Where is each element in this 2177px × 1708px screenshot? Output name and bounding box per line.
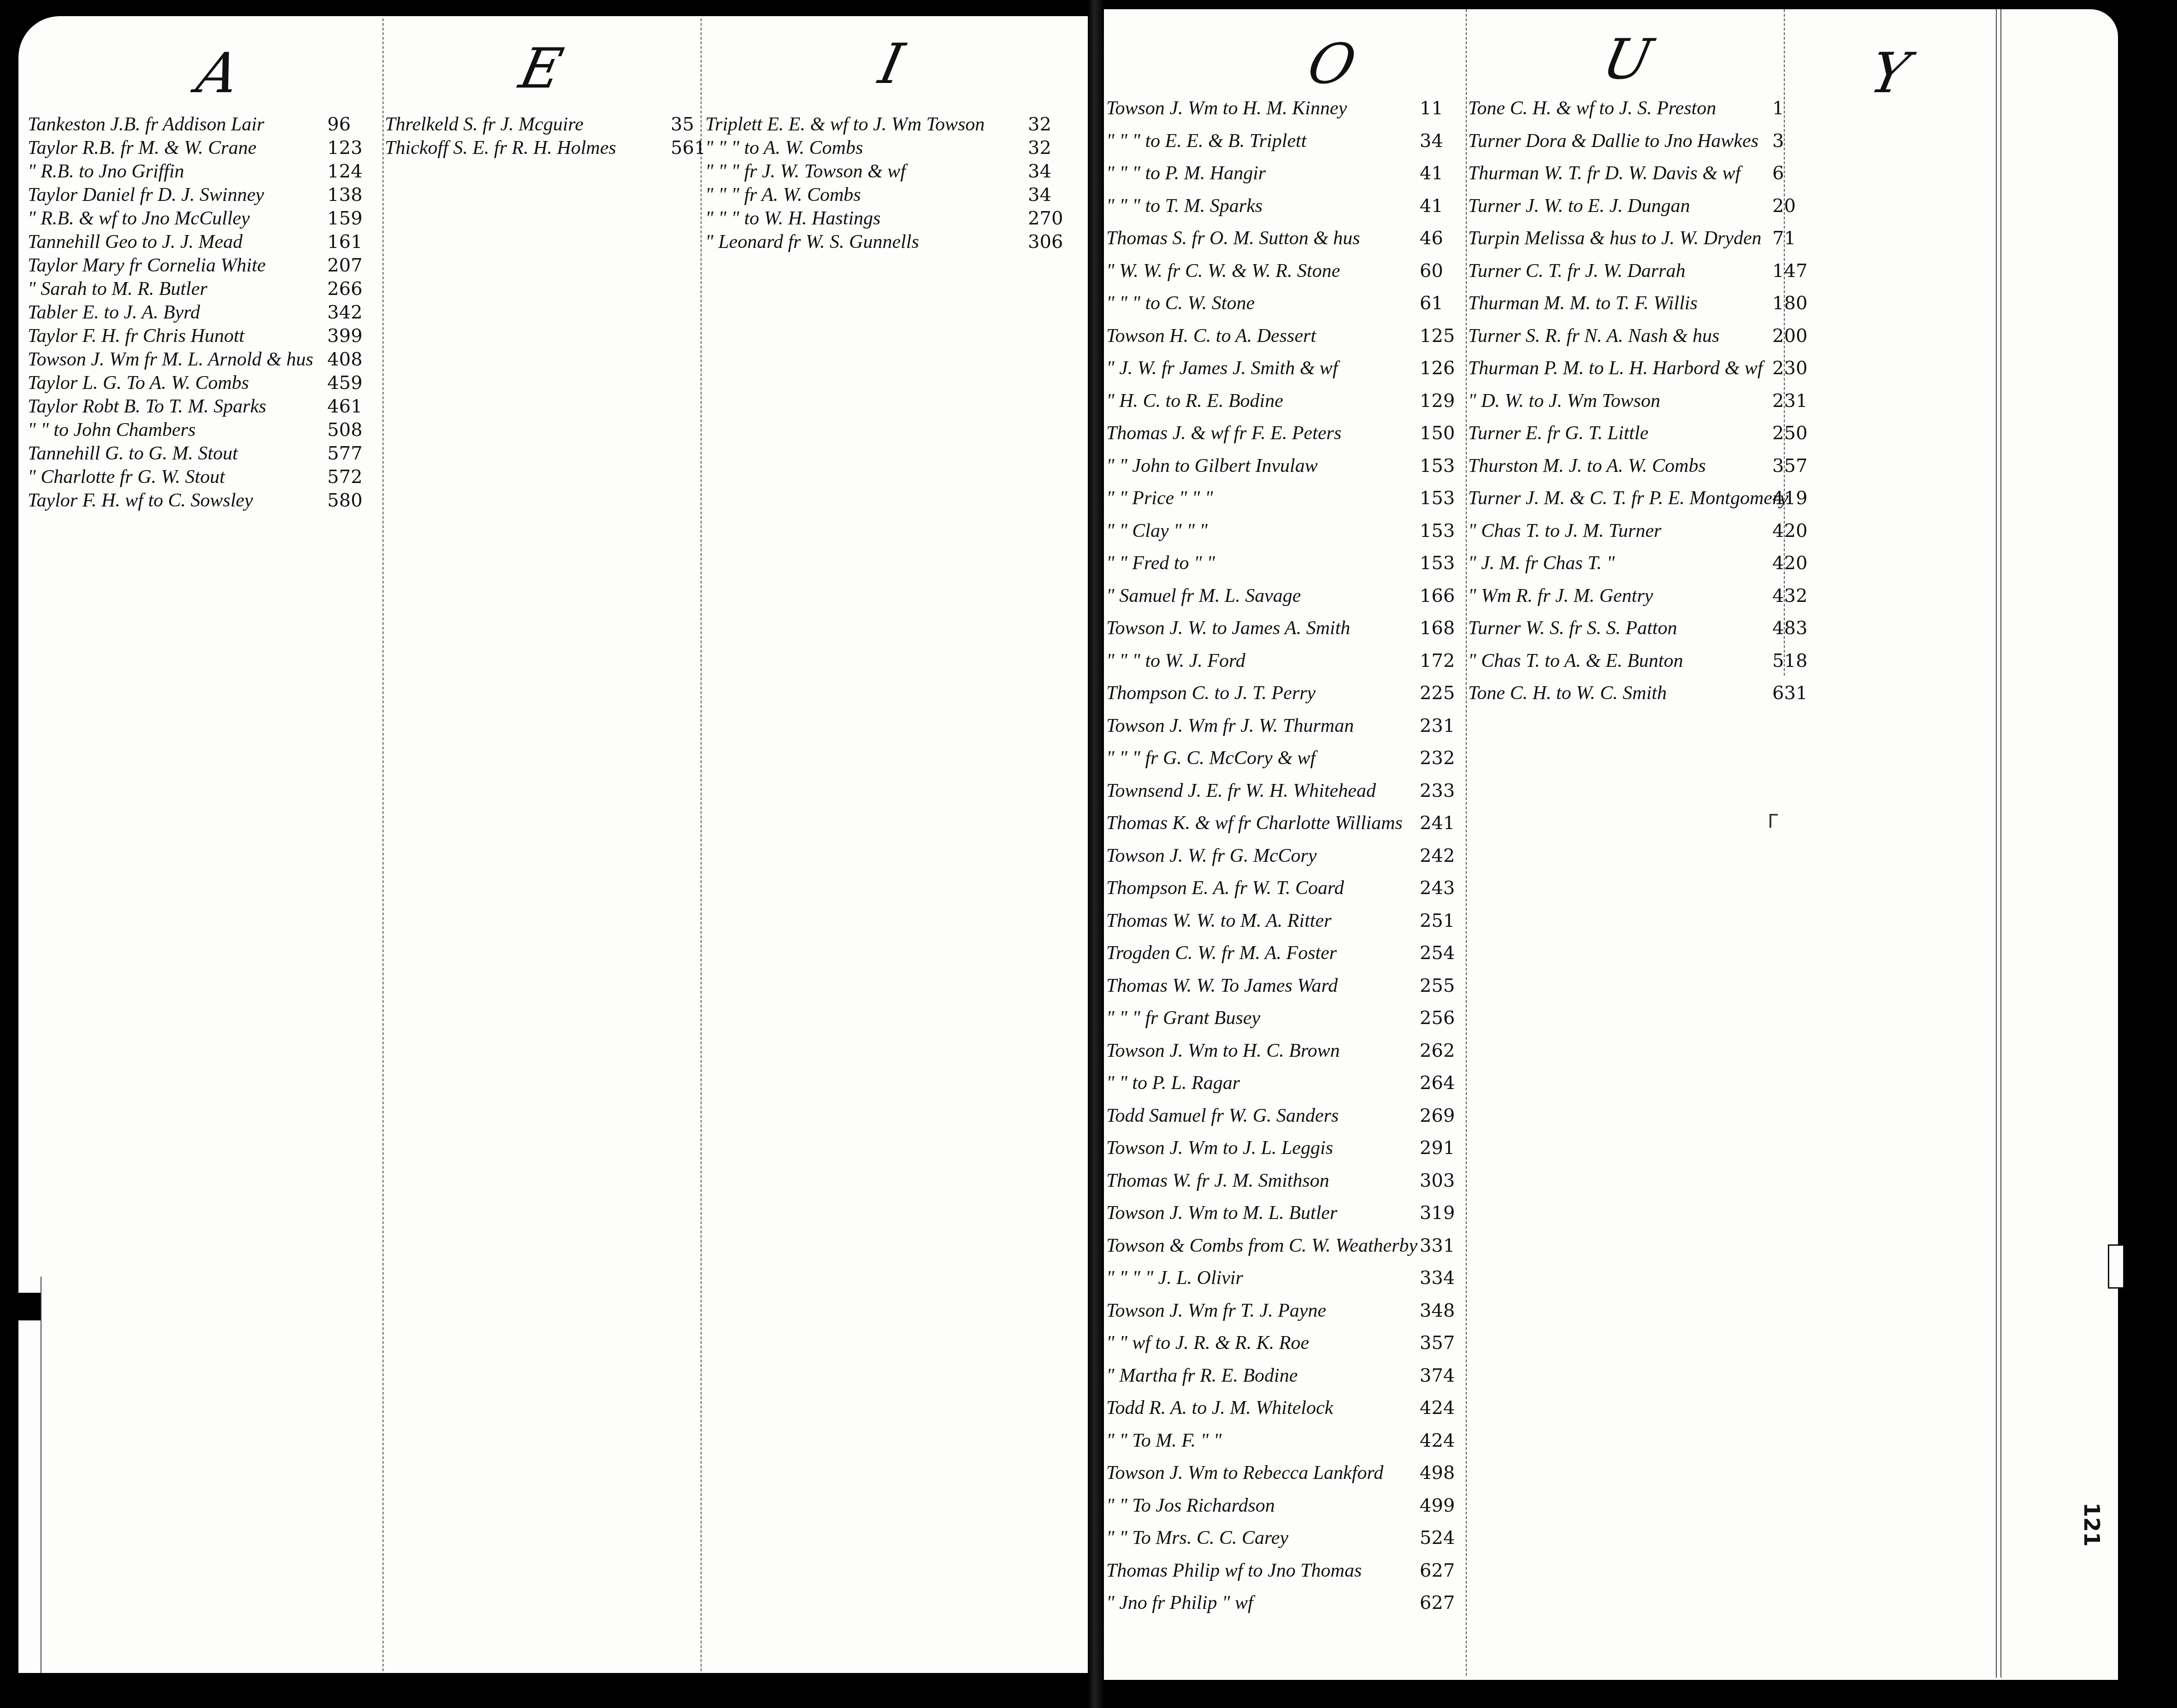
entry-name: Turner W. S. fr S. S. Patton bbox=[1468, 617, 1677, 640]
entry-page-number: 71 bbox=[1772, 227, 1796, 250]
index-entry: Thickoff S. E. fr R. H. Holmes561 bbox=[385, 136, 616, 159]
entry-page-number: 627 bbox=[1420, 1591, 1455, 1614]
entry-page-number: 572 bbox=[327, 465, 362, 489]
index-entry: Towson J. Wm to H. C. Brown262 bbox=[1106, 1039, 1340, 1062]
index-entry: " " Fred to " "153 bbox=[1106, 552, 1215, 575]
entry-page-number: 243 bbox=[1420, 877, 1455, 900]
page-edge-number: 121 bbox=[2079, 1502, 2104, 1547]
entry-page-number: 3 bbox=[1772, 130, 1784, 153]
entry-page-number: 291 bbox=[1420, 1137, 1455, 1160]
entry-page-number: 408 bbox=[327, 348, 362, 371]
entry-page-number: 342 bbox=[327, 301, 362, 324]
entry-page-number: 32 bbox=[1028, 136, 1051, 159]
entry-page-number: 270 bbox=[1028, 207, 1063, 230]
index-entry: " " to John Chambers508 bbox=[28, 418, 195, 442]
index-entry: Turpin Melissa & hus to J. W. Dryden71 bbox=[1468, 227, 1762, 250]
index-entry: Thomas W. fr J. M. Smithson303 bbox=[1106, 1169, 1329, 1192]
entry-name: Towson J. Wm to H. M. Kinney bbox=[1106, 97, 1347, 120]
entry-page-number: 231 bbox=[1420, 714, 1455, 737]
entry-page-number: 483 bbox=[1772, 617, 1807, 640]
entry-name: " Jno fr Philip " wf bbox=[1106, 1591, 1253, 1614]
entry-name: Towson J. W. to James A. Smith bbox=[1106, 617, 1350, 640]
entry-name: Tannehill Geo to J. J. Mead bbox=[28, 230, 242, 253]
entry-name: Trogden C. W. fr M. A. Foster bbox=[1106, 942, 1337, 965]
entry-name: Tone C. H. to W. C. Smith bbox=[1468, 682, 1667, 705]
entry-page-number: 34 bbox=[1420, 130, 1443, 153]
entry-name: " " " fr Grant Busey bbox=[1106, 1007, 1260, 1030]
index-entry: " " " " J. L. Olivir334 bbox=[1106, 1266, 1243, 1290]
entry-page-number: 331 bbox=[1420, 1234, 1455, 1257]
entry-page-number: 6 bbox=[1772, 162, 1784, 185]
entry-page-number: 432 bbox=[1772, 584, 1807, 607]
entry-name: Turner J. M. & C. T. fr P. E. Montgomery bbox=[1468, 487, 1788, 510]
entry-page-number: 374 bbox=[1420, 1364, 1455, 1387]
index-entry: " " " to P. M. Hangir41 bbox=[1106, 162, 1266, 185]
index-entry: Thomas S. fr O. M. Sutton & hus46 bbox=[1106, 227, 1360, 250]
entry-page-number: 11 bbox=[1420, 97, 1443, 120]
entry-page-number: 150 bbox=[1420, 422, 1455, 445]
entry-name: Todd R. A. to J. M. Whitelock bbox=[1106, 1396, 1333, 1419]
entry-page-number: 242 bbox=[1420, 844, 1455, 867]
entry-page-number: 41 bbox=[1420, 194, 1443, 218]
index-entry: Tone C. H. & wf to J. S. Preston1 bbox=[1468, 97, 1716, 120]
index-entry: Towson J. Wm to H. M. Kinney11 bbox=[1106, 97, 1347, 120]
index-entry: Turner W. S. fr S. S. Patton483 bbox=[1468, 617, 1677, 640]
entry-page-number: 153 bbox=[1420, 519, 1455, 542]
entry-page-number: 125 bbox=[1420, 324, 1455, 347]
index-entry: " " Price " " "153 bbox=[1106, 487, 1213, 510]
index-entry: Turner C. T. fr J. W. Darrah147 bbox=[1468, 259, 1685, 283]
entry-page-number: 524 bbox=[1420, 1526, 1455, 1549]
entry-page-number: 420 bbox=[1772, 552, 1807, 575]
entry-name: Thurman M. M. to T. F. Willis bbox=[1468, 292, 1698, 315]
index-entry: " " To M. F. " "424 bbox=[1106, 1429, 1221, 1452]
index-entry: " Jno fr Philip " wf627 bbox=[1106, 1591, 1253, 1614]
index-entry: " " " to A. W. Combs32 bbox=[705, 136, 863, 159]
index-entry: " Leonard fr W. S. Gunnells306 bbox=[705, 230, 919, 253]
entry-name: " J. W. fr James J. Smith & wf bbox=[1106, 357, 1338, 380]
entry-name: Towson J. Wm fr M. L. Arnold & hus bbox=[28, 348, 313, 371]
entry-page-number: 357 bbox=[1420, 1331, 1455, 1355]
entry-name: " Charlotte fr G. W. Stout bbox=[28, 465, 225, 489]
index-entry: Turner S. R. fr N. A. Nash & hus200 bbox=[1468, 324, 1719, 347]
index-entry: Towson J. W. fr G. McCory242 bbox=[1106, 844, 1317, 867]
entry-page-number: 420 bbox=[1772, 519, 1807, 542]
entry-name: Thompson E. A. fr W. T. Coard bbox=[1106, 877, 1344, 900]
entry-name: Taylor Robt B. To T. M. Sparks bbox=[28, 395, 266, 418]
index-entry: " " " fr Grant Busey256 bbox=[1106, 1007, 1260, 1030]
entry-name: Thomas J. & wf fr F. E. Peters bbox=[1106, 422, 1341, 445]
entry-name: Thickoff S. E. fr R. H. Holmes bbox=[385, 136, 616, 159]
index-entry: Towson J. Wm fr J. W. Thurman231 bbox=[1106, 714, 1354, 737]
entry-page-number: 124 bbox=[327, 160, 362, 183]
index-entry: " Chas T. to J. M. Turner420 bbox=[1468, 519, 1661, 542]
index-entry: " J. W. fr James J. Smith & wf126 bbox=[1106, 357, 1338, 380]
entry-page-number: 61 bbox=[1420, 292, 1443, 315]
index-entry: " " " fr A. W. Combs34 bbox=[705, 183, 861, 206]
index-entry: " " To Jos Richardson499 bbox=[1106, 1494, 1275, 1517]
entry-name: Thomas W. W. to M. A. Ritter bbox=[1106, 909, 1332, 932]
index-entry: Tabler E. to J. A. Byrd342 bbox=[28, 301, 200, 324]
index-entry: Trogden C. W. fr M. A. Foster254 bbox=[1106, 942, 1337, 965]
index-entry: " " to P. L. Ragar264 bbox=[1106, 1072, 1240, 1095]
index-entry: Taylor L. G. To A. W. Combs459 bbox=[28, 371, 249, 395]
entry-page-number: 153 bbox=[1420, 552, 1455, 575]
index-entry: Thomas Philip wf to Jno Thomas627 bbox=[1106, 1559, 1362, 1582]
index-entry: Thompson E. A. fr W. T. Coard243 bbox=[1106, 877, 1344, 900]
entry-page-number: 34 bbox=[1028, 160, 1051, 183]
entry-page-number: 334 bbox=[1420, 1266, 1455, 1290]
entry-name: " Chas T. to A. & E. Bunton bbox=[1468, 649, 1683, 672]
entry-name: " " " fr G. C. McCory & wf bbox=[1106, 747, 1316, 770]
index-entry: Taylor R.B. fr M. & W. Crane123 bbox=[28, 136, 256, 159]
index-entry: Thurman M. M. to T. F. Willis180 bbox=[1468, 292, 1698, 315]
entry-name: Tabler E. to J. A. Byrd bbox=[28, 301, 200, 324]
index-entry: Thurston M. J. to A. W. Combs357 bbox=[1468, 454, 1706, 477]
entry-page-number: 580 bbox=[327, 489, 362, 512]
entry-page-number: 399 bbox=[327, 324, 362, 347]
entry-name: " R.B. & wf to Jno McCulley bbox=[28, 207, 250, 230]
entry-name: " Samuel fr M. L. Savage bbox=[1106, 584, 1301, 607]
entry-name: Thurston M. J. to A. W. Combs bbox=[1468, 454, 1706, 477]
entry-name: Towson J. Wm fr T. J. Payne bbox=[1106, 1299, 1326, 1322]
entry-page-number: 461 bbox=[327, 395, 362, 418]
entry-name: Taylor Mary fr Cornelia White bbox=[28, 254, 265, 277]
entry-page-number: 60 bbox=[1420, 259, 1443, 283]
entry-page-number: 168 bbox=[1420, 617, 1455, 640]
entry-name: Tone C. H. & wf to J. S. Preston bbox=[1468, 97, 1716, 120]
entry-name: " Martha fr R. E. Bodine bbox=[1106, 1364, 1298, 1387]
entry-page-number: 147 bbox=[1772, 259, 1807, 283]
entry-name: Taylor Daniel fr D. J. Swinney bbox=[28, 183, 264, 206]
entry-name: " " " to C. W. Stone bbox=[1106, 292, 1255, 315]
index-entry: Tone C. H. to W. C. Smith631 bbox=[1468, 682, 1667, 705]
entry-page-number: 348 bbox=[1420, 1299, 1455, 1322]
entry-page-number: 264 bbox=[1420, 1072, 1455, 1095]
entry-page-number: 251 bbox=[1420, 909, 1455, 932]
entry-page-number: 266 bbox=[327, 277, 362, 300]
entry-name: " " " to T. M. Sparks bbox=[1106, 194, 1263, 218]
entry-page-number: 180 bbox=[1772, 292, 1807, 315]
entry-name: Tankeston J.B. fr Addison Lair bbox=[28, 113, 264, 136]
index-entry: Taylor Daniel fr D. J. Swinney138 bbox=[28, 183, 264, 206]
index-entry: " " To Mrs. C. C. Carey524 bbox=[1106, 1526, 1288, 1549]
entry-name: Thomas W. W. To James Ward bbox=[1106, 974, 1338, 997]
index-entry: " Wm R. fr J. M. Gentry432 bbox=[1468, 584, 1653, 607]
entry-name: Turner E. fr G. T. Little bbox=[1468, 422, 1648, 445]
entry-page-number: 172 bbox=[1420, 649, 1455, 672]
entry-name: Todd Samuel fr W. G. Sanders bbox=[1106, 1104, 1339, 1127]
index-entry: " " " fr J. W. Towson & wf34 bbox=[705, 160, 906, 183]
entry-name: Turpin Melissa & hus to J. W. Dryden bbox=[1468, 227, 1762, 250]
entry-page-number: 319 bbox=[1420, 1201, 1455, 1225]
entry-page-number: 254 bbox=[1420, 942, 1455, 965]
index-entry: Tannehill Geo to J. J. Mead161 bbox=[28, 230, 242, 253]
index-entry: Thomas K. & wf fr Charlotte Williams241 bbox=[1106, 812, 1403, 835]
index-entry: " R.B. & wf to Jno McCulley159 bbox=[28, 207, 250, 230]
entry-page-number: 41 bbox=[1420, 162, 1443, 185]
index-entry: Turner J. W. to E. J. Dungan20 bbox=[1468, 194, 1690, 218]
entry-name: Towson J. Wm to H. C. Brown bbox=[1106, 1039, 1340, 1062]
entry-name: " " Fred to " " bbox=[1106, 552, 1215, 575]
index-entry: Towson J. Wm to Rebecca Lankford498 bbox=[1106, 1461, 1383, 1484]
index-entry: Towson J. Wm to M. L. Butler319 bbox=[1106, 1201, 1337, 1225]
entry-name: Tannehill G. to G. M. Stout bbox=[28, 442, 238, 465]
index-entry: " " " fr G. C. McCory & wf232 bbox=[1106, 747, 1316, 770]
entry-page-number: 166 bbox=[1420, 584, 1455, 607]
index-entry: Towson J. Wm fr M. L. Arnold & hus408 bbox=[28, 348, 313, 371]
index-entry: Tannehill G. to G. M. Stout577 bbox=[28, 442, 238, 465]
entry-page-number: 424 bbox=[1420, 1396, 1455, 1419]
entry-name: " " " " J. L. Olivir bbox=[1106, 1266, 1243, 1290]
entry-page-number: 577 bbox=[327, 442, 362, 465]
entry-name: Turner J. W. to E. J. Dungan bbox=[1468, 194, 1690, 218]
entry-page-number: 241 bbox=[1420, 812, 1455, 835]
entry-page-number: 35 bbox=[671, 113, 694, 136]
index-entry: Taylor Mary fr Cornelia White207 bbox=[28, 254, 265, 277]
entry-name: Turner S. R. fr N. A. Nash & hus bbox=[1468, 324, 1719, 347]
entry-name: Thomas S. fr O. M. Sutton & hus bbox=[1106, 227, 1360, 250]
entry-page-number: 508 bbox=[327, 418, 362, 442]
index-entry: Townsend J. E. fr W. H. Whitehead233 bbox=[1106, 779, 1376, 802]
stray-pen-mark: Γ bbox=[1768, 811, 1778, 832]
entry-page-number: 207 bbox=[327, 254, 362, 277]
index-entry: " " Clay " " "153 bbox=[1106, 519, 1208, 542]
index-entry: Thomas W. W. To James Ward255 bbox=[1106, 974, 1338, 997]
entry-name: Taylor L. G. To A. W. Combs bbox=[28, 371, 249, 395]
index-entry: Turner Dora & Dallie to Jno Hawkes3 bbox=[1468, 130, 1758, 153]
index-entry: " Sarah to M. R. Butler266 bbox=[28, 277, 207, 300]
entry-name: " " " to A. W. Combs bbox=[705, 136, 863, 159]
page-edge-notch bbox=[0, 1293, 41, 1320]
entry-page-number: 256 bbox=[1420, 1007, 1455, 1030]
column-divider bbox=[1996, 9, 1997, 1678]
entry-page-number: 306 bbox=[1028, 230, 1063, 253]
entry-name: Towson H. C. to A. Dessert bbox=[1106, 324, 1316, 347]
entry-name: Thomas K. & wf fr Charlotte Williams bbox=[1106, 812, 1403, 835]
index-entry: Todd Samuel fr W. G. Sanders269 bbox=[1106, 1104, 1339, 1127]
entry-page-number: 161 bbox=[327, 230, 362, 253]
entry-page-number: 232 bbox=[1420, 747, 1455, 770]
entry-page-number: 631 bbox=[1772, 682, 1807, 705]
entry-page-number: 159 bbox=[327, 207, 362, 230]
index-entry: Thurman P. M. to L. H. Harbord & wf230 bbox=[1468, 357, 1763, 380]
entry-name: " Wm R. fr J. M. Gentry bbox=[1468, 584, 1653, 607]
entry-name: " " To M. F. " " bbox=[1106, 1429, 1221, 1452]
entry-name: Turner Dora & Dallie to Jno Hawkes bbox=[1468, 130, 1758, 153]
index-entry: " " " to W. J. Ford172 bbox=[1106, 649, 1245, 672]
entry-name: " " Clay " " " bbox=[1106, 519, 1208, 542]
entry-name: " " " to P. M. Hangir bbox=[1106, 162, 1266, 185]
index-entry: Threlkeld S. fr J. Mcguire35 bbox=[385, 113, 584, 136]
entry-page-number: 518 bbox=[1772, 649, 1807, 672]
entry-name: Towson J. Wm to J. L. Leggis bbox=[1106, 1137, 1333, 1160]
index-entry: Towson J. Wm fr T. J. Payne348 bbox=[1106, 1299, 1326, 1322]
margin-rule bbox=[41, 1277, 41, 1673]
entry-name: Thomas W. fr J. M. Smithson bbox=[1106, 1169, 1329, 1192]
entry-name: " R.B. to Jno Griffin bbox=[28, 160, 184, 183]
index-entry: Towson & Combs from C. W. Weatherby331 bbox=[1106, 1234, 1417, 1257]
entry-page-number: 126 bbox=[1420, 357, 1455, 380]
entry-page-number: 225 bbox=[1420, 682, 1455, 705]
index-entry: Turner E. fr G. T. Little250 bbox=[1468, 422, 1648, 445]
entry-name: " " Price " " " bbox=[1106, 487, 1213, 510]
index-entry: " Charlotte fr G. W. Stout572 bbox=[28, 465, 225, 489]
entry-page-number: 262 bbox=[1420, 1039, 1455, 1062]
entry-page-number: 419 bbox=[1772, 487, 1807, 510]
column-divider bbox=[383, 18, 383, 1673]
entry-page-number: 250 bbox=[1772, 422, 1807, 445]
entry-page-number: 231 bbox=[1772, 389, 1807, 412]
entry-page-number: 20 bbox=[1772, 194, 1796, 218]
entry-name: Towson J. Wm to M. L. Butler bbox=[1106, 1201, 1337, 1225]
index-entry: Thomas J. & wf fr F. E. Peters150 bbox=[1106, 422, 1341, 445]
entry-name: " Leonard fr W. S. Gunnells bbox=[705, 230, 919, 253]
entry-page-number: 1 bbox=[1772, 97, 1784, 120]
entry-page-number: 129 bbox=[1420, 389, 1455, 412]
entry-name: Thurman W. T. fr D. W. Davis & wf bbox=[1468, 162, 1740, 185]
index-entry: " " John to Gilbert Invulaw153 bbox=[1106, 454, 1318, 477]
column-divider bbox=[2000, 9, 2001, 1678]
entry-name: " W. W. fr C. W. & W. R. Stone bbox=[1106, 259, 1340, 283]
index-entry: " " " to C. W. Stone61 bbox=[1106, 292, 1255, 315]
index-entry: Thomas W. W. to M. A. Ritter251 bbox=[1106, 909, 1332, 932]
index-entry: " " " to W. H. Hastings270 bbox=[705, 207, 880, 230]
entry-name: Thomas Philip wf to Jno Thomas bbox=[1106, 1559, 1362, 1582]
entry-page-number: 230 bbox=[1772, 357, 1807, 380]
entry-name: Taylor F. H. fr Chris Hunott bbox=[28, 324, 244, 347]
entry-page-number: 123 bbox=[327, 136, 362, 159]
entry-name: Thompson C. to J. T. Perry bbox=[1106, 682, 1316, 705]
index-entry: " J. M. fr Chas T. "420 bbox=[1468, 552, 1615, 575]
entry-name: Triplett E. E. & wf to J. Wm Towson bbox=[705, 113, 985, 136]
entry-name: Towson J. W. fr G. McCory bbox=[1106, 844, 1317, 867]
entry-page-number: 269 bbox=[1420, 1104, 1455, 1127]
entry-name: " " " fr A. W. Combs bbox=[705, 183, 861, 206]
entry-name: Towson & Combs from C. W. Weatherby bbox=[1106, 1234, 1417, 1257]
index-entry: Towson J. W. to James A. Smith168 bbox=[1106, 617, 1350, 640]
entry-name: " D. W. to J. Wm Towson bbox=[1468, 389, 1660, 412]
entry-page-number: 303 bbox=[1420, 1169, 1455, 1192]
entry-name: Taylor F. H. wf to C. Sowsley bbox=[28, 489, 253, 512]
index-entry: " " " to T. M. Sparks41 bbox=[1106, 194, 1263, 218]
entry-page-number: 627 bbox=[1420, 1559, 1455, 1582]
entry-name: Towson J. Wm to Rebecca Lankford bbox=[1106, 1461, 1383, 1484]
entry-name: " " to John Chambers bbox=[28, 418, 195, 442]
entry-page-number: 34 bbox=[1028, 183, 1051, 206]
entry-page-number: 96 bbox=[327, 113, 351, 136]
entry-name: " H. C. to R. E. Bodine bbox=[1106, 389, 1283, 412]
book-spine bbox=[1088, 0, 1104, 1708]
index-entry: " " wf to J. R. & R. K. Roe357 bbox=[1106, 1331, 1309, 1355]
entry-page-number: 255 bbox=[1420, 974, 1455, 997]
index-entry: " Samuel fr M. L. Savage166 bbox=[1106, 584, 1301, 607]
index-entry: " " " to E. E. & B. Triplett34 bbox=[1106, 130, 1306, 153]
entry-name: Townsend J. E. fr W. H. Whitehead bbox=[1106, 779, 1376, 802]
entry-page-number: 499 bbox=[1420, 1494, 1455, 1517]
entry-name: Thurman P. M. to L. H. Harbord & wf bbox=[1468, 357, 1763, 380]
index-entry: " Martha fr R. E. Bodine374 bbox=[1106, 1364, 1298, 1387]
entry-name: " " To Jos Richardson bbox=[1106, 1494, 1275, 1517]
entry-name: " J. M. fr Chas T. " bbox=[1468, 552, 1615, 575]
entry-page-number: 46 bbox=[1420, 227, 1443, 250]
entry-name: " " to P. L. Ragar bbox=[1106, 1072, 1240, 1095]
index-entry: Taylor F. H. fr Chris Hunott399 bbox=[28, 324, 244, 347]
entry-name: Turner C. T. fr J. W. Darrah bbox=[1468, 259, 1685, 283]
index-entry: Turner J. M. & C. T. fr P. E. Montgomery… bbox=[1468, 487, 1788, 510]
entry-page-number: 498 bbox=[1420, 1461, 1455, 1484]
entry-name: " Chas T. to J. M. Turner bbox=[1468, 519, 1661, 542]
entry-page-number: 138 bbox=[327, 183, 362, 206]
page-tab bbox=[2108, 1244, 2124, 1289]
entry-page-number: 357 bbox=[1772, 454, 1807, 477]
entry-name: " " wf to J. R. & R. K. Roe bbox=[1106, 1331, 1309, 1355]
index-entry: " W. W. fr C. W. & W. R. Stone60 bbox=[1106, 259, 1340, 283]
index-entry: " R.B. to Jno Griffin124 bbox=[28, 160, 184, 183]
entry-page-number: 233 bbox=[1420, 779, 1455, 802]
entry-name: Threlkeld S. fr J. Mcguire bbox=[385, 113, 584, 136]
index-entry: " Chas T. to A. & E. Bunton518 bbox=[1468, 649, 1683, 672]
index-entry: Todd R. A. to J. M. Whitelock424 bbox=[1106, 1396, 1333, 1419]
index-entry: " H. C. to R. E. Bodine129 bbox=[1106, 389, 1283, 412]
column-divider bbox=[701, 18, 702, 1673]
column-divider bbox=[1466, 9, 1467, 1678]
entry-name: " " John to Gilbert Invulaw bbox=[1106, 454, 1318, 477]
index-entry: Taylor Robt B. To T. M. Sparks461 bbox=[28, 395, 266, 418]
index-entry: Triplett E. E. & wf to J. Wm Towson32 bbox=[705, 113, 985, 136]
entry-name: " " " to W. J. Ford bbox=[1106, 649, 1245, 672]
index-entry: " D. W. to J. Wm Towson231 bbox=[1468, 389, 1660, 412]
entry-name: " " " fr J. W. Towson & wf bbox=[705, 160, 906, 183]
entry-page-number: 561 bbox=[671, 136, 706, 159]
entry-name: Taylor R.B. fr M. & W. Crane bbox=[28, 136, 256, 159]
index-entry: Towson J. Wm to J. L. Leggis291 bbox=[1106, 1137, 1333, 1160]
entry-name: " " " to W. H. Hastings bbox=[705, 207, 880, 230]
index-entry: Tankeston J.B. fr Addison Lair96 bbox=[28, 113, 264, 136]
entry-name: " Sarah to M. R. Butler bbox=[28, 277, 207, 300]
entry-name: Towson J. Wm fr J. W. Thurman bbox=[1106, 714, 1354, 737]
index-entry: Taylor F. H. wf to C. Sowsley580 bbox=[28, 489, 253, 512]
entry-name: " " " to E. E. & B. Triplett bbox=[1106, 130, 1306, 153]
index-entry: Thurman W. T. fr D. W. Davis & wf6 bbox=[1468, 162, 1740, 185]
entry-page-number: 153 bbox=[1420, 487, 1455, 510]
index-entry: Towson H. C. to A. Dessert125 bbox=[1106, 324, 1316, 347]
index-entry: Thompson C. to J. T. Perry225 bbox=[1106, 682, 1316, 705]
entry-name: " " To Mrs. C. C. Carey bbox=[1106, 1526, 1288, 1549]
entry-page-number: 153 bbox=[1420, 454, 1455, 477]
entry-page-number: 424 bbox=[1420, 1429, 1455, 1452]
entry-page-number: 459 bbox=[327, 371, 362, 395]
entry-page-number: 200 bbox=[1772, 324, 1807, 347]
entry-page-number: 32 bbox=[1028, 113, 1051, 136]
